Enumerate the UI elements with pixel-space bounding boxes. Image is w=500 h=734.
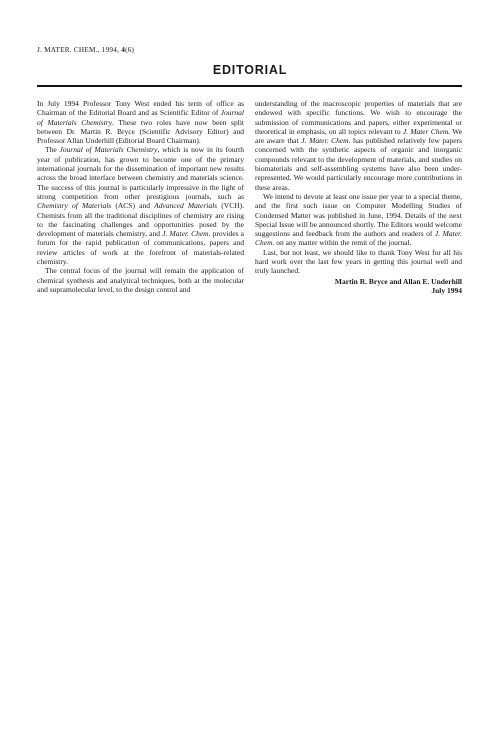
paragraph: In July 1994 Professor Tony West ended h…: [37, 99, 244, 145]
journal-reference: J. MATER. CHEM., 1994, 4(6): [37, 46, 134, 54]
page-title: EDITORIAL: [0, 63, 500, 77]
paragraph: understanding of the macroscopic propert…: [255, 99, 462, 192]
left-column: In July 1994 Professor Tony West ended h…: [37, 99, 244, 296]
editorial-page: J. MATER. CHEM., 1994, 4(6) EDITORIAL In…: [0, 0, 500, 734]
article-body: In July 1994 Professor Tony West ended h…: [37, 99, 462, 296]
signature-block: Martin R. Bryce and Allan E. Underhill J…: [255, 277, 462, 296]
signature-date: July 1994: [255, 286, 462, 296]
paragraph: Last, but not least, we should like to t…: [255, 248, 462, 276]
paragraph: The Journal of Materials Chemistry, whic…: [37, 145, 244, 266]
right-column: understanding of the macroscopic propert…: [255, 99, 462, 296]
signature-authors: Martin R. Bryce and Allan E. Underhill: [255, 277, 462, 287]
paragraph: The central focus of the journal will re…: [37, 266, 244, 294]
title-divider: [37, 85, 462, 87]
paragraph: We intend to devote at least one issue p…: [255, 192, 462, 248]
